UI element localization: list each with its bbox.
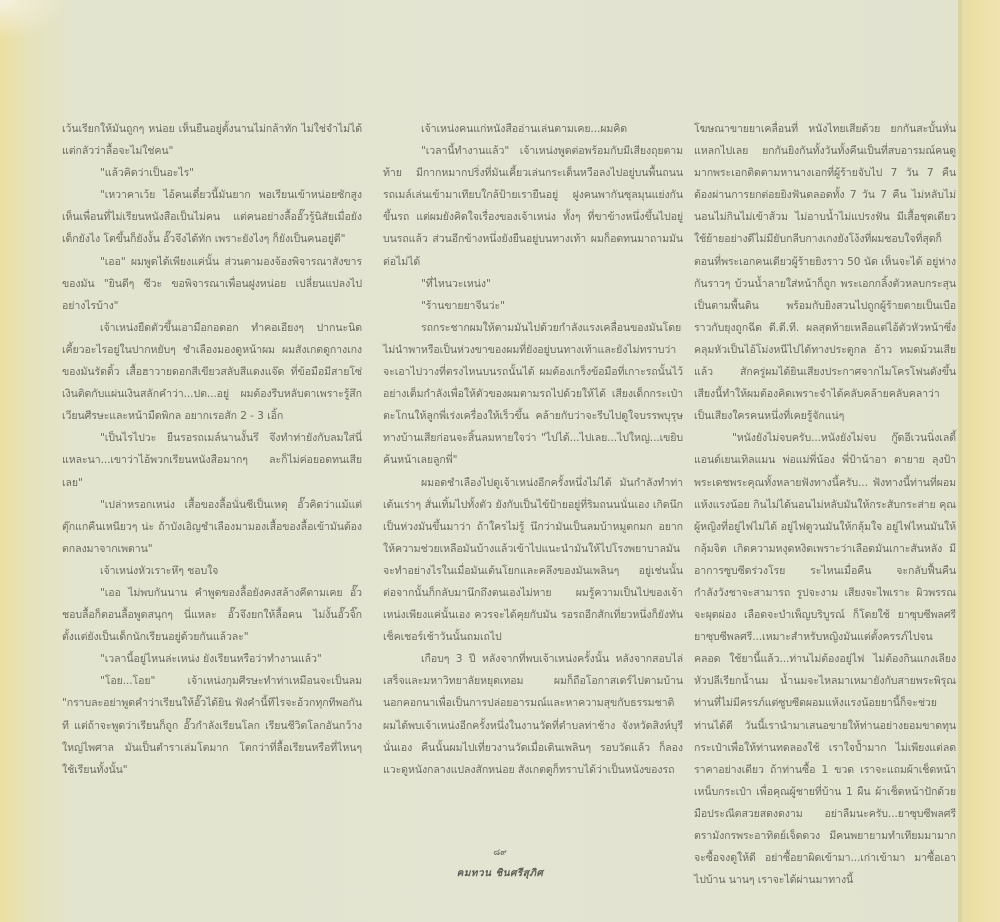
paragraph: "แล้วคิดว่าเป็นอะไร" bbox=[62, 162, 362, 184]
paragraph: โฆษณาขายยาเคลื่อนที่ หนังไทยเสียด้วย ยกก… bbox=[694, 118, 956, 427]
paragraph: "ร้านขายยาจีนว่ะ" bbox=[383, 295, 683, 317]
paragraph: "เออ" ผมพูดได้เพียงแค่นั้น ส่วนตามองจ้อง… bbox=[62, 251, 362, 317]
book-page: เว้นเรียกให้มันถูกๆ หน่อย เห็นยืนอยู่ตั้… bbox=[0, 0, 1000, 922]
paragraph: เกือบๆ 3 ปี หลังจากที่พบเจ้าเหน่งครั้งนั… bbox=[383, 648, 683, 781]
page-edge bbox=[958, 0, 962, 922]
paragraph: "เหวาคาเว้ย ไอ้คนเดี๋ยวนี้มันยาก พอเรียน… bbox=[62, 184, 362, 250]
paragraph: เจ้าเหน่งยืดตัวขึ้นเอามือกอดอก ทำคอเอียง… bbox=[62, 317, 362, 427]
paragraph: "โอย...โอย" เจ้าเหน่งกุมศีรษะทำท่าเหมือน… bbox=[62, 670, 362, 780]
paragraph: "ที่ไหนวะเหน่ง" bbox=[383, 273, 683, 295]
page-number: ๘๙ bbox=[0, 845, 1000, 859]
text-column-right: โฆษณาขายยาเคลื่อนที่ หนังไทยเสียด้วย ยกก… bbox=[694, 118, 956, 891]
text-column-left: เว้นเรียกให้มันถูกๆ หน่อย เห็นยืนอยู่ตั้… bbox=[62, 118, 362, 781]
paragraph: ผมอดชำเลืองไปดูเจ้าเหน่งอีกครั้งหนึ่งไม่… bbox=[383, 472, 683, 649]
paragraph: เว้นเรียกให้มันถูกๆ หน่อย เห็นยืนอยู่ตั้… bbox=[62, 118, 362, 162]
paragraph: "หนังยังไม่จบครับ...หนังยังไม่จบ กู๊ดอีเ… bbox=[694, 427, 956, 891]
text-column-middle: เจ้าเหน่งคนแก่หนังสืออ่านเล่นตามเคย...ผม… bbox=[383, 118, 683, 781]
author-name: คมทวน ชินศรีสุภิศ bbox=[0, 866, 1000, 881]
paragraph: เจ้าเหน่งหัวเราะหึๆ ชอบใจ bbox=[62, 560, 362, 582]
paragraph: "เป็นไรไปวะ ยืนรอรถเมล์นานงั้นรึ จึงทำท่… bbox=[62, 427, 362, 493]
paragraph: "เวลานี้ทำงานแล้ว" เจ้าเหน่งพูดต่อพร้อมก… bbox=[383, 140, 683, 273]
paragraph: "เปล่าหรอกเหน่ง เสื้อของลื้อนั่นซีเป็นเห… bbox=[62, 494, 362, 560]
paragraph: เจ้าเหน่งคนแก่หนังสืออ่านเล่นตามเคย...ผม… bbox=[383, 118, 683, 140]
paragraph: รถกระชากผมให้ตามมันไปด้วยกำลังแรงเคลื่อน… bbox=[383, 317, 683, 472]
paragraph: "เวลานี้อยู่ไหนล่ะเหน่ง ยังเรียนหรือว่าท… bbox=[62, 648, 362, 670]
paragraph: "เออ ไม่พบกันนาน คำพูดของลื้อยังคงสล้างค… bbox=[62, 582, 362, 648]
page-corner-shadow bbox=[0, 0, 70, 40]
